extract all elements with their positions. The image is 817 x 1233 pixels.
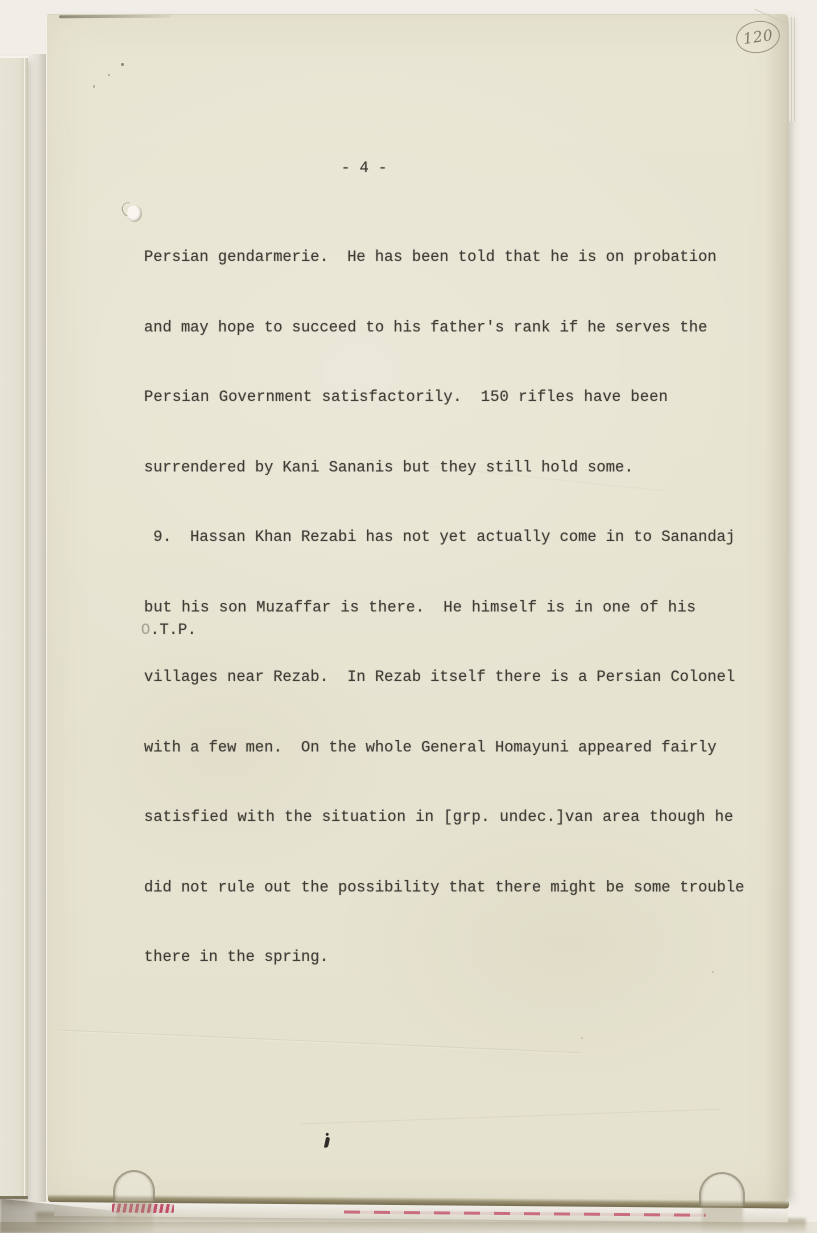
paper-speck <box>93 85 95 88</box>
fastener-tail-right <box>702 1205 743 1233</box>
stacked-sheet-edges <box>789 17 795 121</box>
paper-crease <box>301 1109 721 1125</box>
paper-speck <box>712 971 714 973</box>
ink-blot <box>324 1137 330 1149</box>
page-top-edge-smudge <box>59 15 171 19</box>
page-number-header: - 4 - <box>341 159 387 177</box>
typed-line: Persian Government satisfactorily. 150 r… <box>144 380 764 414</box>
typed-initials: O.T.P. <box>141 613 196 647</box>
typed-line: but his son Muzaffar is there. He himsel… <box>144 591 764 625</box>
paper-hole <box>127 205 142 222</box>
paper-crease <box>61 1030 581 1054</box>
typed-line: and may hope to succeed to his father's … <box>144 311 764 345</box>
scanned-document-view: 120 - 4 - Persian gendarmerie. He has be… <box>0 0 817 1233</box>
underlying-page-stack <box>0 56 28 1199</box>
paper-speck <box>121 63 124 66</box>
typed-initials-faded-letter: O <box>141 621 150 639</box>
typed-line: Persian gendarmerie. He has been told th… <box>144 240 764 274</box>
folio-number-circle: 120 <box>734 18 782 56</box>
typed-line: did not rule out the possibility that th… <box>144 871 764 905</box>
typed-line: villages near Rezab. In Rezab itself the… <box>144 660 764 694</box>
document-page: 120 - 4 - Persian gendarmerie. He has be… <box>46 14 788 1202</box>
fastener-tail-left <box>116 1199 153 1233</box>
typed-line: satisfied with the situation in [grp. un… <box>144 800 764 834</box>
paper-speck <box>581 1037 583 1039</box>
typed-initials-rest: .T.P. <box>150 621 196 639</box>
page-gutter-shadow <box>28 54 46 1202</box>
typed-paragraphs: Persian gendarmerie. He has been told th… <box>144 204 764 1010</box>
typed-line: there in the spring. <box>144 940 764 974</box>
red-ink-line <box>344 1211 706 1217</box>
paper-speck <box>108 74 110 76</box>
typed-line: 9. Hassan Khan Rezabi has not yet actual… <box>144 520 764 554</box>
folio-number: 120 <box>742 26 774 48</box>
typed-line: with a few men. On the whole General Hom… <box>144 731 764 765</box>
